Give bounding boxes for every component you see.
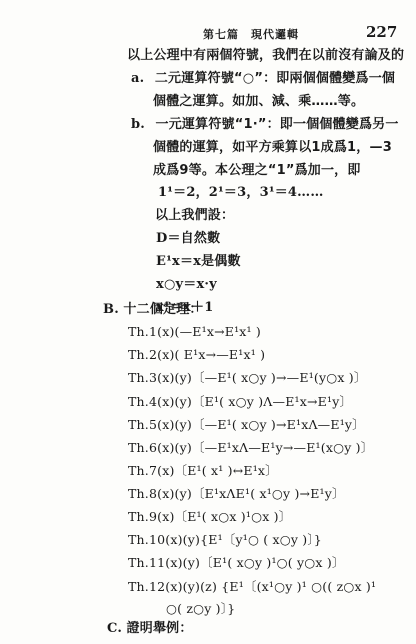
theorem-label: Th.3 <box>128 370 157 385</box>
theorem-label: Th.8 <box>128 486 157 501</box>
theorem-4: Th.4(x)(y)〔E¹( x○y )Λ—E¹x→E¹y〕 <box>128 393 352 411</box>
theorem-3: Th.3(x)(y)〔—E¹( x○y )→—E¹(y○x )〕 <box>128 369 367 387</box>
theorem-formula: (x)〔E¹( x○x )¹○x )〕 <box>157 509 291 524</box>
theorem-12: Th.12(x)(y)(z) {E¹〔(x¹○y )¹ ○(( z○x )¹ <box>128 578 376 596</box>
section-b-heading: B. 十二個定理： <box>103 300 203 319</box>
theorem-label: Th.9 <box>128 509 157 524</box>
theorem-label: Th.4 <box>128 394 157 409</box>
assumption-operation: x○y＝x·y <box>156 276 217 294</box>
theorem-8: Th.8(x)(y)〔E¹xΛE¹( x¹○y )→E¹y〕 <box>128 485 345 503</box>
theorem-label: Th.7 <box>128 463 157 478</box>
theorem-label: Th.6 <box>128 440 157 455</box>
theorem-formula: (x)(y){E¹〔y¹○ ( x○y )〕} <box>165 532 322 547</box>
theorem-formula: (x)(—E¹x→E¹x¹ ) <box>157 324 261 339</box>
theorem-formula: (x)( E¹x→—E¹x¹ ) <box>157 347 265 362</box>
theorem-formula: (x)(y)〔E¹( x○y )¹○( y○x )〕 <box>165 555 344 570</box>
theorem-1: Th.1(x)(—E¹x→E¹x¹ ) <box>128 323 261 341</box>
item-b-line3: 成爲9等。本公理之“1”爲加一，即 <box>153 162 361 180</box>
theorem-label: Th.11 <box>128 555 165 570</box>
section-c-title: 證明舉例： <box>127 621 193 636</box>
item-b-line4: 1¹＝2，2¹＝3，3¹＝4…… <box>158 184 324 202</box>
theorem-9: Th.9(x)〔E¹( x○x )¹○x )〕 <box>128 508 291 526</box>
theorem-label: Th.5 <box>128 417 157 432</box>
theorem-label: Th.1 <box>128 324 157 339</box>
theorem-formula: (x)(y)〔E¹xΛE¹( x¹○y )→E¹y〕 <box>157 486 345 501</box>
theorem-formula: (x)(y)〔—E¹( x○y )→E¹xΛ—E¹y〕 <box>157 417 365 432</box>
theorem-label: Th.2 <box>128 347 157 362</box>
section-b-marker: B. <box>103 302 119 317</box>
item-a-marker: a. <box>131 71 144 86</box>
assumptions-label: 以上我們設： <box>155 207 234 225</box>
section-c-marker: C. <box>107 621 122 636</box>
item-b: b. 一元運算符號“1·”：即一個個體變爲另一 <box>131 115 399 134</box>
item-a-line2: 個體之運算。如加、減、乘……等。 <box>153 93 364 111</box>
document-page: 第七篇 現代邏輯 227 以上公理中有兩個符號，我們在以前沒有論及的 a. 二元… <box>0 0 416 644</box>
item-b-line1: 一元運算符號“1·”：即一個個體變爲另一 <box>156 117 399 132</box>
section-b-title: 十二個定理： <box>123 302 202 317</box>
theorem-formula: (x)(y)〔E¹( x○y )Λ—E¹x→E¹y〕 <box>157 394 352 409</box>
theorem-label: Th.12 <box>128 579 165 594</box>
theorem-label: Th.10 <box>128 532 165 547</box>
theorem-10: Th.10(x)(y){E¹〔y¹○ ( x○y )〕} <box>128 531 322 549</box>
theorem-formula: (x)(y)〔—E¹xΛ—E¹y→—E¹(x○y )〕 <box>157 440 373 455</box>
item-a-line1: 二元運算符號“○”：即兩個個體變爲一個 <box>155 71 395 86</box>
theorem-6: Th.6(x)(y)〔—E¹xΛ—E¹y→—E¹(x○y )〕 <box>128 439 373 457</box>
theorem-formula: (x)〔E¹( x¹ )↔E¹x〕 <box>157 463 278 478</box>
running-header: 第七篇 現代邏輯 <box>203 26 299 42</box>
theorem-12-continuation: ○( z○y )〕} <box>166 600 235 618</box>
theorem-7: Th.7(x)〔E¹( x¹ )↔E¹x〕 <box>128 462 278 480</box>
intro-paragraph: 以上公理中有兩個符號，我們在以前沒有論及的 <box>127 47 404 65</box>
theorem-formula: (x)(y)〔—E¹( x○y )→—E¹(y○x )〕 <box>157 370 366 385</box>
item-b-marker: b. <box>131 117 145 132</box>
page-number: 227 <box>366 23 397 41</box>
assumption-even: E¹x＝x是偶數 <box>156 253 241 271</box>
assumption-domain: D＝自然數 <box>156 230 220 248</box>
item-a: a. 二元運算符號“○”：即兩個個體變爲一個 <box>131 69 395 88</box>
section-c-heading: C. 證明舉例： <box>107 619 193 638</box>
theorem-5: Th.5(x)(y)〔—E¹( x○y )→E¹xΛ—E¹y〕 <box>128 416 365 434</box>
theorem-11: Th.11(x)(y)〔E¹( x○y )¹○( y○x )〕 <box>128 554 345 572</box>
theorem-formula: (x)(y)(z) {E¹〔(x¹○y )¹ ○(( z○x )¹ <box>165 579 376 594</box>
theorem-2: Th.2(x)( E¹x→—E¹x¹ ) <box>128 346 265 364</box>
item-b-line2: 個體的運算，如平方乘算以1成爲1，—3 <box>153 139 392 157</box>
